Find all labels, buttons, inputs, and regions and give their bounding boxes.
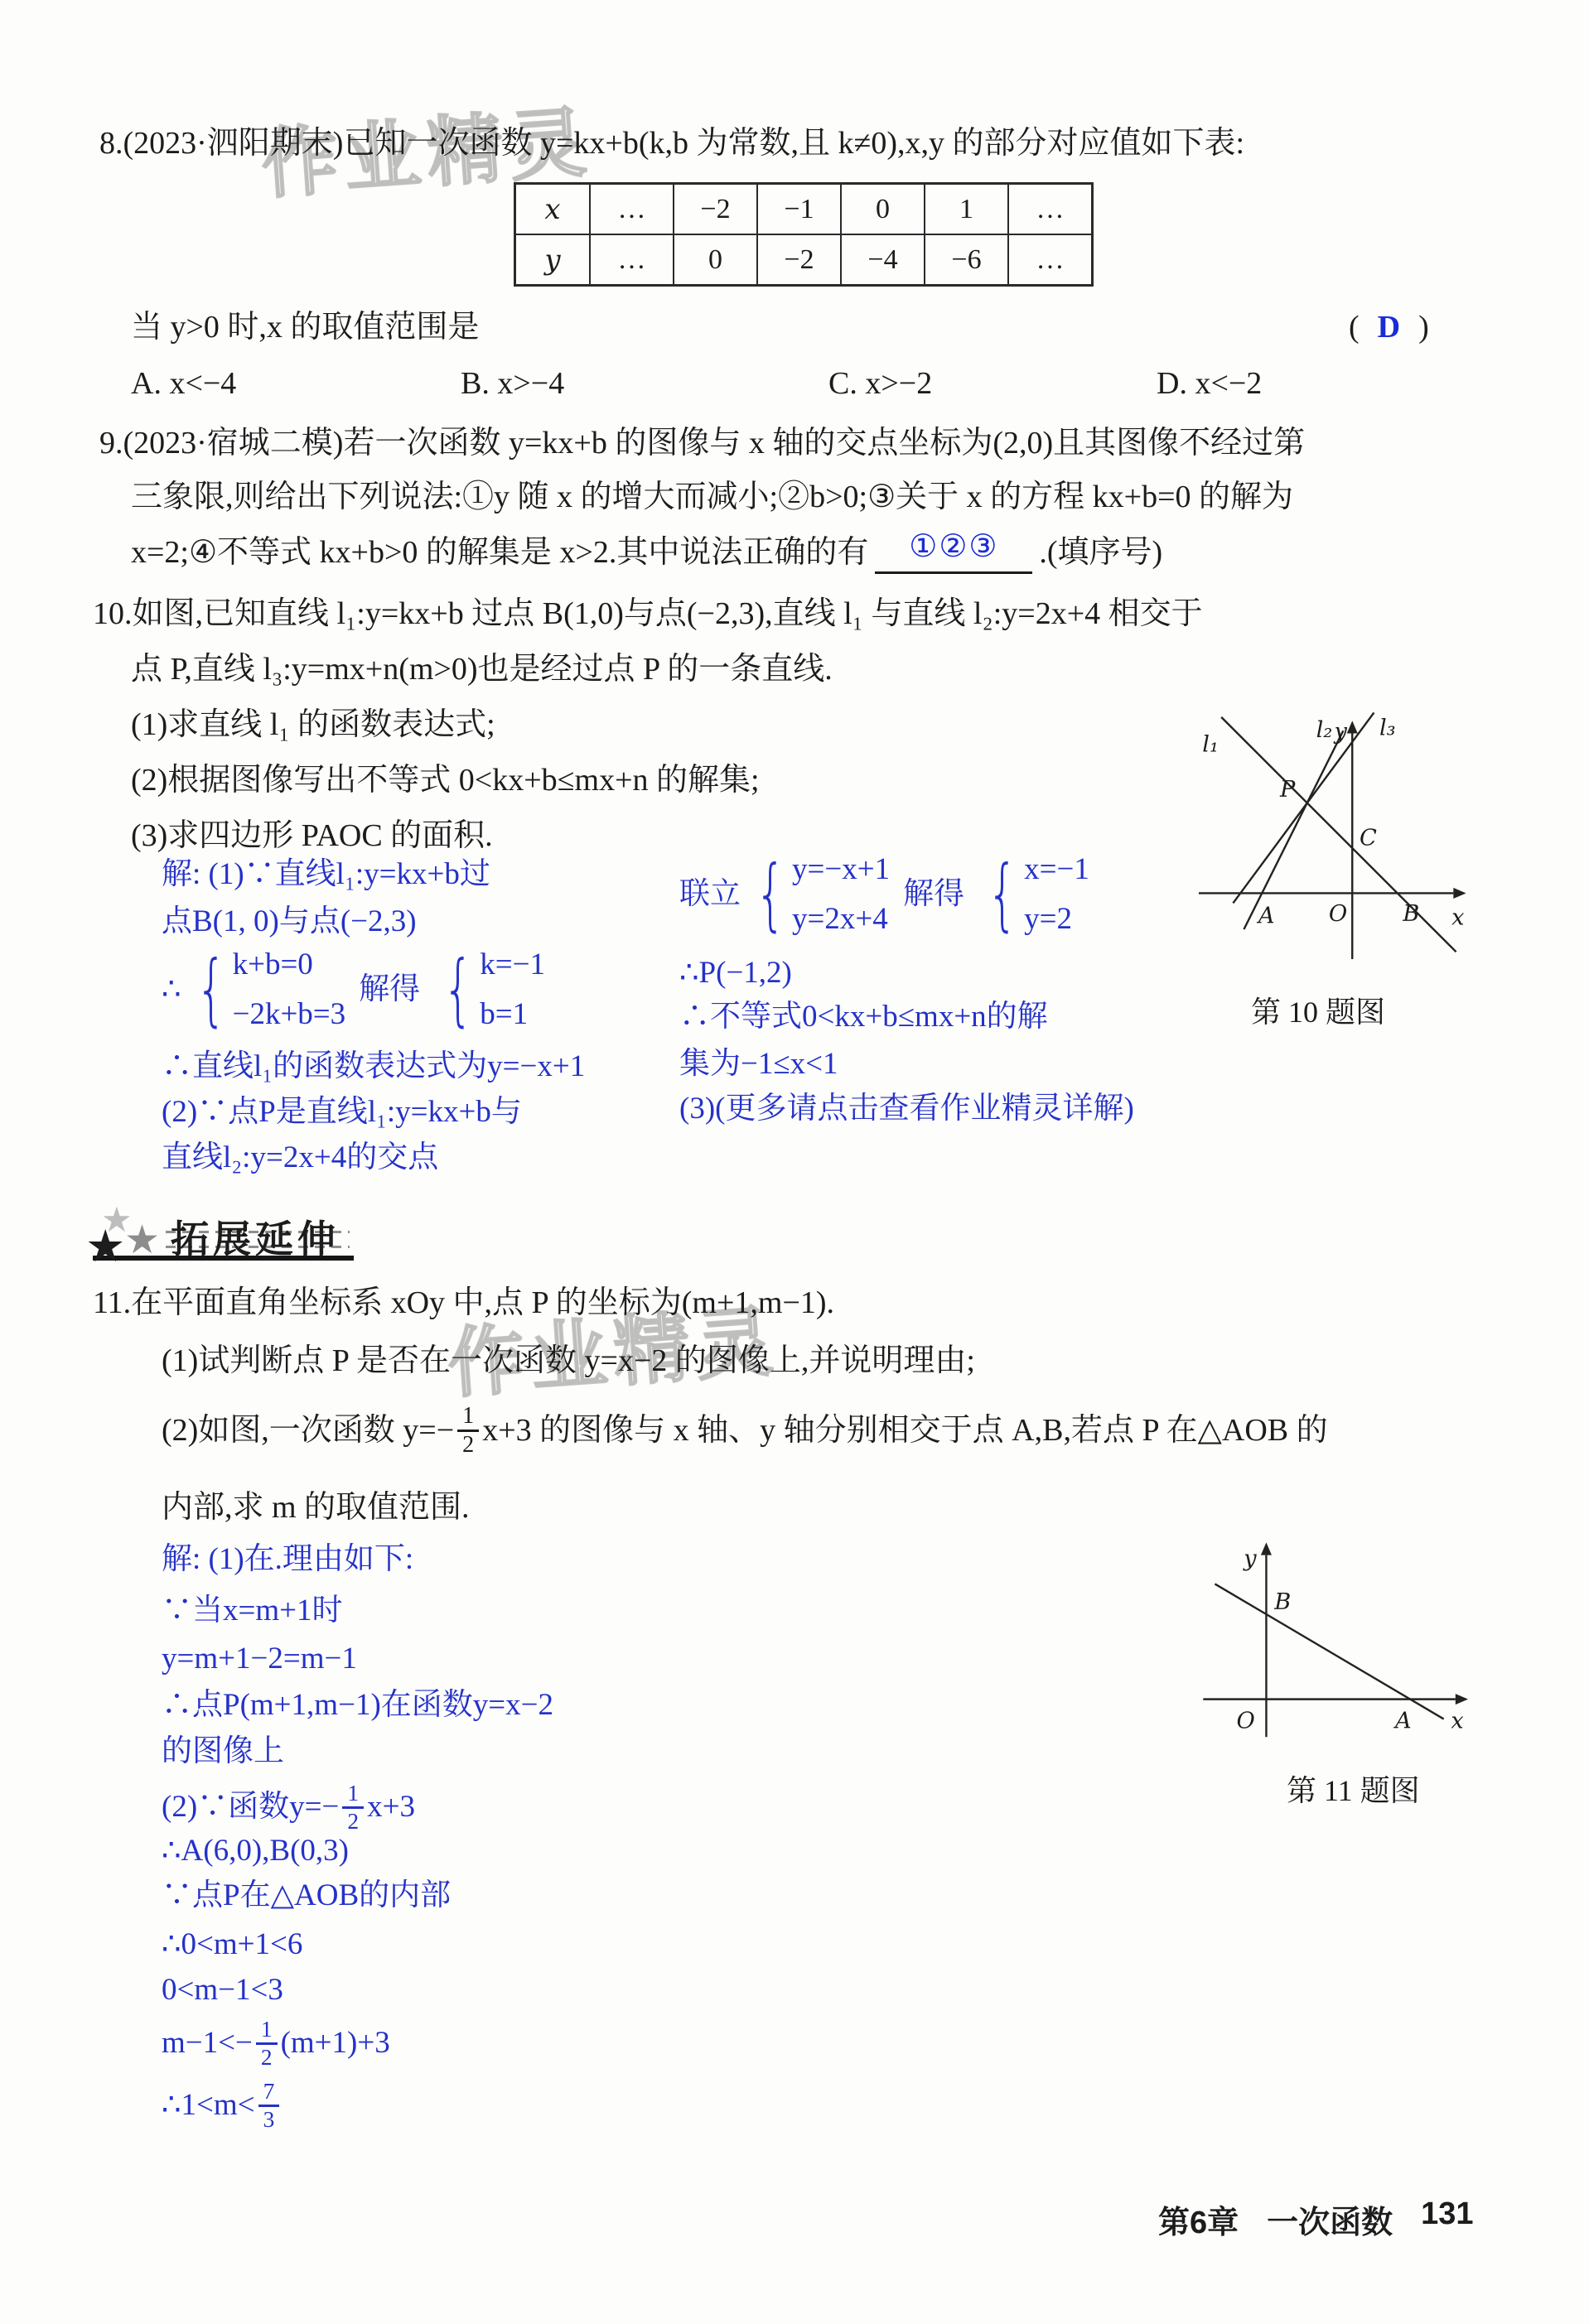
q10-sol-right2: ∴P(−1,2) <box>679 954 792 992</box>
q11-s12-pre: ∴1<m< <box>162 2086 255 2124</box>
equation-system: { y=−x+1 y=2x+4 <box>746 851 890 939</box>
q8-question: 当 y>0 时,x 的取值范围是 <box>131 308 479 348</box>
q8-value-table: x … −2 −1 0 1 … y … 0 −2 −4 −6 … <box>514 182 1094 287</box>
table-cell: y <box>515 234 591 286</box>
q11-part1: (1)试判断点 P 是否在一次函数 y=x−2 的图像上,并说明理由; <box>162 1342 975 1381</box>
table-cell: 1 <box>925 184 1008 235</box>
q8-option-b: B. x>−4 <box>461 364 564 404</box>
q11-sol-s8: ∵点P在△AOB的内部 <box>162 1877 451 1915</box>
y-axis-arrow <box>1261 1542 1272 1555</box>
fraction-denominator: 2 <box>462 1432 474 1458</box>
table-cell: −1 <box>757 184 841 235</box>
table-cell: 0 <box>841 184 925 235</box>
q8-option-c: C. x>−2 <box>828 364 932 404</box>
label-origin: O <box>1329 901 1347 927</box>
q11-sol-s5: 的图像上 <box>162 1733 284 1771</box>
star-icon: ★ <box>124 1220 160 1260</box>
brace-glyph: { <box>988 861 1018 928</box>
solve-label: 解得 <box>903 875 964 914</box>
q11-sol-s1: 解: (1)在.理由如下: <box>162 1540 413 1579</box>
label-l2: l₂ <box>1316 717 1333 743</box>
q10-sol-left3: ∴直线l₁的函数表达式为y=−x+1 <box>162 1048 585 1086</box>
label-origin: O <box>1237 1708 1255 1733</box>
label-l3: l₃ <box>1379 716 1396 741</box>
q10-sol-right5: (3)(更多请点击查看作业精灵详解) <box>679 1090 1134 1128</box>
q11-sol-s12: ∴1<m< 7 3 <box>162 2066 283 2145</box>
label-x-axis: x <box>1451 1708 1463 1733</box>
q11-figure-caption: 第 11 题图 <box>1287 1772 1420 1810</box>
label-point-b: B <box>1273 1589 1291 1615</box>
fraction-numerator: 1 <box>457 1404 479 1432</box>
q11-part2-pre: (2)如图,一次函数 y=− <box>162 1411 454 1451</box>
table-cell: x <box>515 184 591 235</box>
q10-sol-right3: ∴不等式0<kx+b≤mx+n的解 <box>679 998 1048 1036</box>
fraction-denominator: 2 <box>347 1809 359 1834</box>
q10-figure: l₁ l₂ l₃ y x O A B C P <box>1181 708 1479 979</box>
q9-line3-post: .(填序号) <box>1039 533 1162 573</box>
equation: x=−1 <box>1024 851 1089 889</box>
q10-sol-left4: (2)∵点P是直线l₁:y=kx+b与 <box>162 1093 522 1131</box>
brace-glyph: { <box>443 957 474 1023</box>
q11-part2: (2)如图,一次函数 y=− 1 2 x+3 的图像与 x 轴、y 轴分别相交于… <box>162 1396 1328 1466</box>
fraction: 1 2 <box>457 1404 479 1457</box>
q11-s6-post: x+3 <box>367 1788 415 1826</box>
table-cell: … <box>590 184 674 235</box>
star-icon: ★ <box>85 1224 125 1269</box>
equation: y=−x+1 <box>792 851 890 889</box>
brace-glyph: { <box>755 861 785 928</box>
q8-option-d: D. x<−2 <box>1157 364 1262 404</box>
q11-part2-post: x+3 的图像与 x 轴、y 轴分别相交于点 A,B,若点 P 在△AOB 的 <box>482 1411 1327 1451</box>
q10-part3: (3)求四边形 PAOC 的面积. <box>131 817 493 856</box>
table-cell: −2 <box>674 184 757 235</box>
q11-sol-s3: y=m+1−2=m−1 <box>162 1640 357 1678</box>
equation-system: { k+b=0 −2k+b=3 <box>186 946 346 1034</box>
therefore-symbol: ∴ <box>162 971 181 1009</box>
equation: −2k+b=3 <box>233 996 346 1034</box>
q10-sol-system-row2: 联立 { y=−x+1 y=2x+4 解得 { x=−1 y=2 <box>679 841 1094 948</box>
label-y-axis: y <box>1332 719 1347 745</box>
label-y-axis: y <box>1242 1546 1257 1572</box>
q11-part2-line2: 内部,求 m 的取值范围. <box>162 1488 470 1528</box>
q11-s11-post: (m+1)+3 <box>281 2024 390 2062</box>
label-x-axis: x <box>1451 905 1464 931</box>
label-point-a: A <box>1393 1708 1412 1733</box>
x-axis-arrow <box>1453 888 1466 899</box>
x-axis-arrow <box>1456 1694 1468 1704</box>
table-cell: −6 <box>925 234 1008 286</box>
fraction-numerator: 1 <box>342 1782 364 1809</box>
q11-s6-pre: (2)∵函数y=− <box>162 1788 339 1826</box>
table-row-x: x … −2 −1 0 1 … <box>515 184 1093 235</box>
answer-paren-open: ( <box>1349 310 1360 345</box>
equation: y=2x+4 <box>792 900 890 938</box>
q11-sol-s2: ∵当x=m+1时 <box>162 1592 343 1630</box>
y-axis-arrow <box>1347 721 1358 733</box>
q10-sol-left1: 解: (1)∵直线l₁:y=kx+b过 <box>162 856 490 894</box>
equation-system: { x=−1 y=2 <box>978 851 1089 939</box>
q11-figure: y x O B A <box>1181 1528 1487 1744</box>
equation: b=1 <box>480 996 545 1034</box>
solve-label: 解得 <box>359 971 420 1009</box>
fraction-numerator: 7 <box>258 2080 280 2107</box>
label-l1: l₁ <box>1202 731 1219 757</box>
q11-s11-pre: m−1<− <box>162 2024 253 2062</box>
fraction: 7 3 <box>258 2080 280 2131</box>
q8-option-a: A. x<−4 <box>131 364 236 404</box>
label-point-c: C <box>1360 826 1377 851</box>
q8-answer: (D) <box>1349 308 1429 348</box>
section-title: 拓展延伸 <box>171 1209 340 1264</box>
equation-system: { k=−1 b=1 <box>433 946 545 1034</box>
brace-glyph: { <box>196 957 226 1023</box>
q10-figure-caption: 第 10 题图 <box>1251 994 1385 1031</box>
equation: y=2 <box>1024 900 1089 938</box>
q10-part1: (1)求直线 l₁ 的函数表达式; <box>131 706 495 745</box>
q9-line2: 三象限,则给出下列说法:①y 随 x 的增大而减小;②b>0;③关于 x 的方程… <box>131 478 1293 518</box>
table-cell: … <box>1008 234 1093 286</box>
q11-sol-s7: ∴A(6,0),B(0,3) <box>162 1832 349 1870</box>
fraction: 1 2 <box>256 2018 278 2069</box>
table-cell: −4 <box>841 234 925 286</box>
answer-letter: D <box>1378 310 1400 345</box>
q10-line2: 点 P,直线 l₃:y=mx+n(m>0)也是经过点 P 的一条直线. <box>131 650 833 690</box>
answer-paren-close: ) <box>1418 310 1429 345</box>
table-row-y: y … 0 −2 −4 −6 … <box>515 234 1093 286</box>
table-cell: … <box>590 234 674 286</box>
line-l2 <box>1244 730 1343 929</box>
q11-sol-s9: ∴0<m+1<6 <box>162 1926 302 1964</box>
table-cell: −2 <box>757 234 841 286</box>
q10-part2: (2)根据图像写出不等式 0<kx+b≤mx+n 的解集; <box>131 761 760 801</box>
q9-answer: ①②③ <box>909 529 998 564</box>
page-footer: 第6章 一次函数 131 <box>1158 2196 1474 2242</box>
fraction-numerator: 1 <box>256 2018 278 2045</box>
workbook-page: 作业精灵 作业精灵 8.(2023·泗阳期末)已知一次函数 y=kx+b(k,b… <box>0 0 1589 2324</box>
q9-line3: x=2;④不等式 kx+b>0 的解集是 x>2.其中说法正确的有 ①②③ .(… <box>131 532 1162 574</box>
q9-answer-blank: ①②③ <box>875 532 1032 574</box>
equation: k=−1 <box>480 946 545 984</box>
q9-line3-pre: x=2;④不等式 kx+b>0 的解集是 x>2.其中说法正确的有 <box>131 533 868 573</box>
fraction: 1 2 <box>342 1782 364 1833</box>
equation: k+b=0 <box>233 946 346 984</box>
q11-sol-s10: 0<m−1<3 <box>162 1971 283 2009</box>
lianli-label: 联立 <box>679 875 741 914</box>
q10-sol-right4: 集为−1≤x<1 <box>679 1045 838 1083</box>
label-point-p: P <box>1279 777 1296 803</box>
q11-sol-s4: ∴点P(m+1,m−1)在函数y=x−2 <box>162 1686 553 1724</box>
footer-page-number: 131 <box>1421 2196 1473 2242</box>
table-cell: 0 <box>674 234 757 286</box>
q10-sol-system-row1: ∴ { k+b=0 −2k+b=3 解得 { k=−1 b=1 <box>162 936 550 1044</box>
q8-stem: 8.(2023·泗阳期末)已知一次函数 y=kx+b(k,b 为常数,且 k≠0… <box>99 124 1244 164</box>
q10-line1: 10.如图,已知直线 l₁:y=kx+b 过点 B(1,0)与点(−2,3),直… <box>93 595 1203 634</box>
label-point-a: A <box>1256 903 1275 928</box>
q9-line1: 9.(2023·宿城二模)若一次函数 y=kx+b 的图像与 x 轴的交点坐标为… <box>99 424 1305 464</box>
label-point-b: B <box>1402 901 1419 927</box>
footer-chapter: 第6章 <box>1158 2196 1239 2242</box>
table-cell: … <box>1008 184 1093 235</box>
footer-book-title: 一次函数 <box>1267 2196 1393 2242</box>
q10-sol-left5: 直线l₂:y=2x+4的交点 <box>162 1139 438 1177</box>
fraction-denominator: 3 <box>263 2107 275 2132</box>
q11-line1: 11.在平面直角坐标系 xOy 中,点 P 的坐标为(m+1,m−1). <box>93 1284 834 1324</box>
